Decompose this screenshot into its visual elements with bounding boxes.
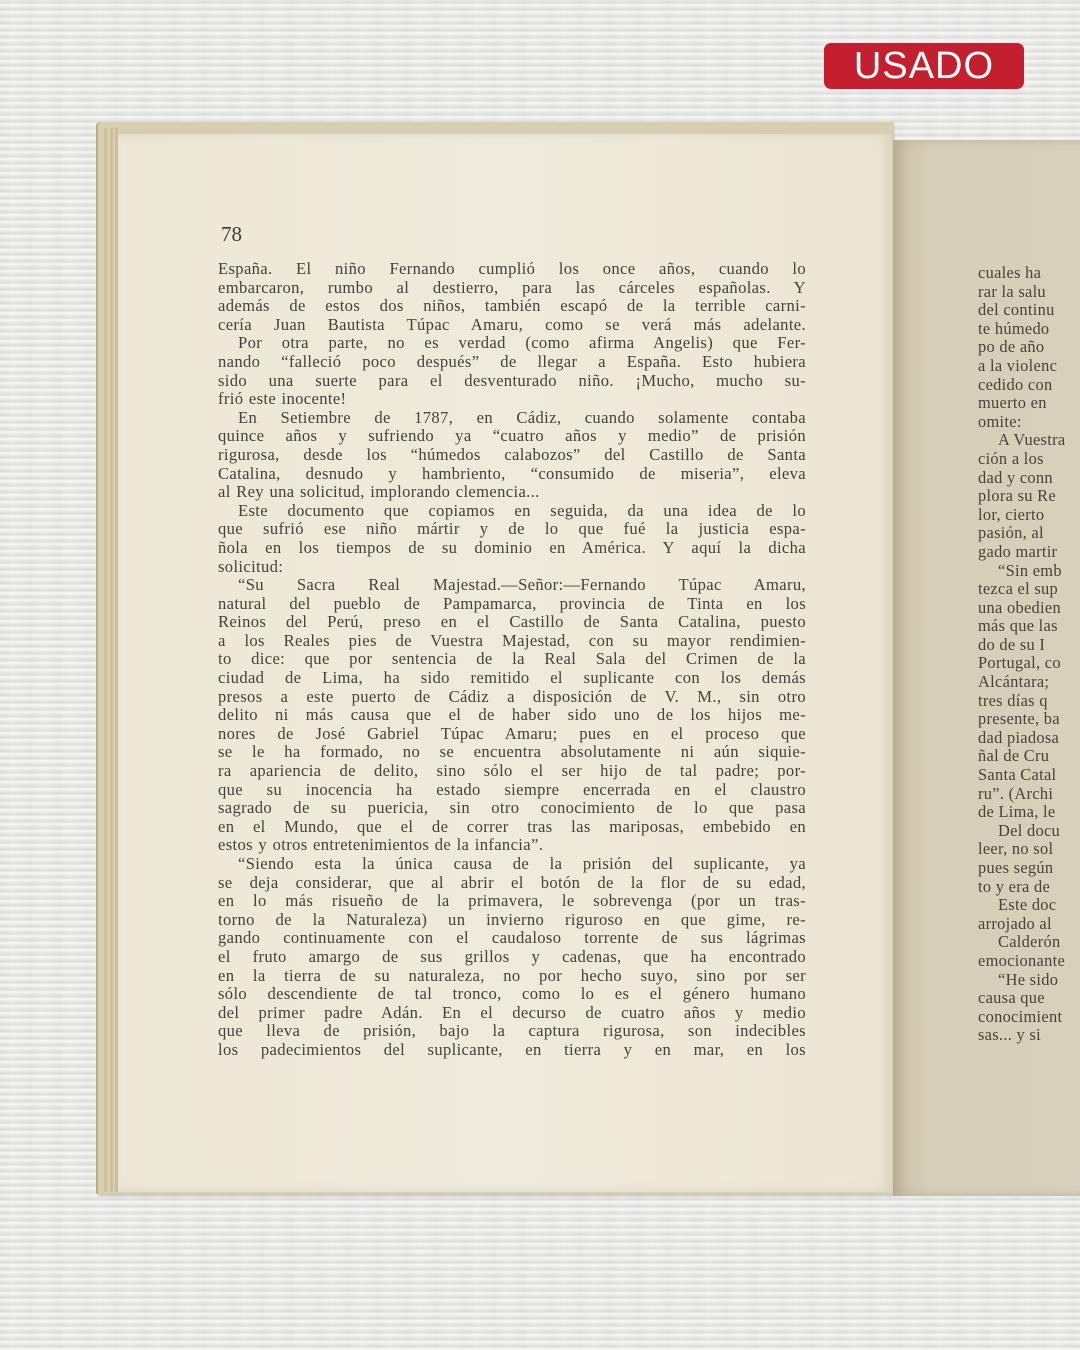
text-line: ñola en los tiempos de su dominio en Amé… xyxy=(218,539,806,558)
text-line: nores de José Gabriel Túpac Amaru; pues … xyxy=(218,725,806,744)
text-line: to y era de xyxy=(978,878,1080,897)
text-line: “Su Sacra Real Majestad.—Señor:—Fernando… xyxy=(218,576,806,595)
text-line: to dice: que por sentencia de la Real Sa… xyxy=(218,650,806,669)
text-line: sagrado de su puericia, sin otro conocim… xyxy=(218,799,806,818)
left-page-body-text: España. El niño Fernando cumplió los onc… xyxy=(218,260,806,1060)
text-line: nando “falleció poco después” de llegar … xyxy=(218,353,806,372)
text-line: de Lima, le xyxy=(978,803,1080,822)
text-line: A Vuestra xyxy=(978,431,1080,450)
text-line: ru”. (Archi xyxy=(978,785,1080,804)
text-line: solicitud: xyxy=(218,558,806,577)
text-line: ñal de Cru xyxy=(978,747,1080,766)
text-line: pues según xyxy=(978,859,1080,878)
text-line: gando continuamente con el caudaloso tor… xyxy=(218,929,806,948)
text-line: cuales ha xyxy=(978,264,1080,283)
text-line: presos a este puerto de Cádiz a disposic… xyxy=(218,688,806,707)
text-line: dad y conn xyxy=(978,469,1080,488)
text-line: además de estos dos niños, también escap… xyxy=(218,297,806,316)
text-line: que lleva de prisión, bajo la captura ri… xyxy=(218,1022,806,1041)
text-line: Santa Catal xyxy=(978,766,1080,785)
text-line: sido una suerte para el desventurado niñ… xyxy=(218,372,806,391)
text-line: sólo descendiente de tal tronco, como lo… xyxy=(218,985,806,1004)
text-line: al Rey una solicitud, implorando clemenc… xyxy=(218,483,806,502)
text-line: “Siendo esta la única causa de la prisió… xyxy=(218,855,806,874)
text-line: frió este inocente! xyxy=(218,390,806,409)
text-line: los padecimientos del suplicante, en tie… xyxy=(218,1041,806,1060)
text-line: po de año xyxy=(978,338,1080,357)
text-line: delito ni más causa que el de haber sido… xyxy=(218,706,806,725)
text-line: gado martir xyxy=(978,543,1080,562)
text-line: conocimient xyxy=(978,1008,1080,1027)
text-line: más que las xyxy=(978,617,1080,636)
text-line: se le ha formado, no se encuentra absolu… xyxy=(218,743,806,762)
text-line: En Setiembre de 1787, en Cádiz, cuando s… xyxy=(218,409,806,428)
text-line: rar la salu xyxy=(978,283,1080,302)
text-line: emocionante xyxy=(978,952,1080,971)
text-line: Alcántara; xyxy=(978,673,1080,692)
text-line: pasión, al xyxy=(978,524,1080,543)
text-line: Catalina, desnudo y hambriento, “consumi… xyxy=(218,465,806,484)
text-line: dad piadosa xyxy=(978,729,1080,748)
page-edge-line xyxy=(110,128,113,1192)
text-line: del primer padre Adán. En el decurso de … xyxy=(218,1004,806,1023)
text-line: do de su I xyxy=(978,636,1080,655)
text-line: te húmedo xyxy=(978,320,1080,339)
text-line: embarcaron, rumbo al destierro, para las… xyxy=(218,279,806,298)
text-line: “Sin emb xyxy=(978,562,1080,581)
text-line: Reinos del Perú, preso en el Castillo de… xyxy=(218,613,806,632)
page-edge-line xyxy=(104,128,107,1192)
text-line: Por otra parte, no es verdad (como afirm… xyxy=(218,334,806,353)
text-line: ción a los xyxy=(978,450,1080,469)
text-line: plora su Re xyxy=(978,487,1080,506)
text-line: Este documento que copiamos en seguida, … xyxy=(218,502,806,521)
text-line: ra apariencia de delito, sino sólo el se… xyxy=(218,762,806,781)
text-line: que su inocencia ha estado siempre encer… xyxy=(218,781,806,800)
text-line: que sufrió ese niño mártir y de lo que f… xyxy=(218,520,806,539)
text-line: sas... y si xyxy=(978,1026,1080,1045)
right-page-body-text: cuales harar la saludel continute húmedo… xyxy=(978,264,1080,1045)
used-condition-badge: USADO xyxy=(824,43,1024,89)
text-line: torno de la Naturaleza) un invierno rigu… xyxy=(218,911,806,930)
text-line: natural del pueblo de Pampamarca, provin… xyxy=(218,595,806,614)
badge-label: USADO xyxy=(854,47,994,85)
text-line: Calderón xyxy=(978,933,1080,952)
text-line: en la tierra de su naturaleza, no por he… xyxy=(218,967,806,986)
text-line: lor, cierto xyxy=(978,506,1080,525)
text-line: quince años y sufriendo ya “cuatro años … xyxy=(218,427,806,446)
text-line: se deja considerar, que al abrir el botó… xyxy=(218,874,806,893)
text-line: a los Reales pies de Vuestra Majestad, c… xyxy=(218,632,806,651)
text-line: cedido con xyxy=(978,376,1080,395)
text-line: leer, no sol xyxy=(978,840,1080,859)
text-line: estos y otros entretenimientos de la inf… xyxy=(218,836,806,855)
text-line: una obedien xyxy=(978,599,1080,618)
text-line: Portugal, co xyxy=(978,654,1080,673)
text-line: el fruto amargo de sus grillos y cadenas… xyxy=(218,948,806,967)
text-line: a la violenc xyxy=(978,357,1080,376)
page-number: 78 xyxy=(221,222,242,247)
text-line: tres días q xyxy=(978,692,1080,711)
text-line: en el Mundo, que el de correr tras las m… xyxy=(218,818,806,837)
text-line: cería Juan Bautista Túpac Amaru, como se… xyxy=(218,316,806,335)
text-line: causa que xyxy=(978,989,1080,1008)
text-line: omite: xyxy=(978,413,1080,432)
text-line: del continu xyxy=(978,301,1080,320)
text-line: España. El niño Fernando cumplió los onc… xyxy=(218,260,806,279)
text-line: “He sido xyxy=(978,971,1080,990)
text-line: arrojado al xyxy=(978,915,1080,934)
text-line: rigurosa, desde los “húmedos calabozos” … xyxy=(218,446,806,465)
text-line: muerto en xyxy=(978,394,1080,413)
text-line: presente, ba xyxy=(978,710,1080,729)
text-line: en lo más risueño de la primavera, le so… xyxy=(218,892,806,911)
text-line: Este doc xyxy=(978,896,1080,915)
text-line: tezca el sup xyxy=(978,580,1080,599)
text-line: Del docu xyxy=(978,822,1080,841)
text-line: ciudad de Lima, ha sido remitido el supl… xyxy=(218,669,806,688)
